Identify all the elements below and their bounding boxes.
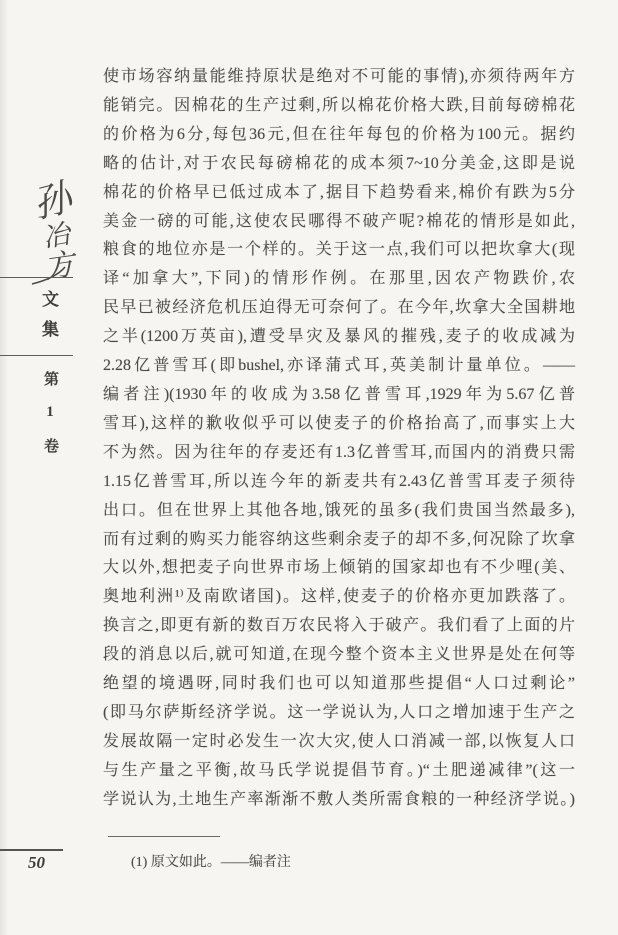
book-page: 孙 冶 方 文集 第1卷 使市场容纳量能维持原状是绝对不可能的事情),亦须待两年… (0, 0, 618, 935)
text-line: 棉花的价格早已低过成本了,据目下趋势看来,棉价有跌为5分 (103, 179, 575, 208)
sidebar-divider-top (0, 277, 73, 278)
text-line: 发展故隔一定时必发生一次大灾,使人口消减一部,以恢复人口 (103, 728, 575, 757)
text-line: 奥地利洲¹⁾及南欧诸国)。这样,使麦子的价格亦更加跌落了。 (103, 583, 575, 612)
text-line: 大以外,想把麦子向世界市场上倾销的国家却也有不少哩(美、 (103, 554, 575, 583)
text-line: 粮食的地位亦是一个样的。关于这一点,我们可以把坎拿大(现 (103, 236, 575, 265)
text-line: 雪耳),这样的歉收似乎可以使麦子的价格抬高了,而事实上大 (103, 410, 575, 439)
text-line: 略的估计,对于农民每磅棉花的成本须7~10分美金,这即是说 (103, 150, 575, 179)
text-line: 美金一磅的可能,这使农民哪得不破产呢?棉花的情形是如此, (103, 208, 575, 237)
page-number: 50 (28, 853, 45, 873)
text-line: 绝望的境遇呀,同时我们也可以知道那些提倡“人口过剩论” (103, 670, 575, 699)
page-edge-shadow (0, 0, 8, 935)
text-line: 而有过剩的购买力能容纳这些剩余麦子的却不多,何况除了坎拿 (103, 526, 575, 555)
footnote-text: (1) 原文如此。——编者注 (131, 851, 291, 871)
text-line: 2.28亿普雪耳(即bushel,亦译蒲式耳,英美制计量单位。—— (103, 352, 575, 381)
text-line: 段的消息以后,就可知道,在现今整个资本主义世界是处在何等 (103, 641, 575, 670)
text-line: 出口。但在世界上其他各地,饿死的虽多(我们贵国当然最多), (103, 497, 575, 526)
text-line: 能销完。因棉花的生产过剩,所以棉花价格大跌,目前每磅棉花 (103, 92, 575, 121)
signature-char-sun: 孙 (29, 176, 80, 227)
sidebar-divider-bottom (0, 355, 73, 356)
volume-label-vertical: 第1卷 (40, 371, 61, 471)
text-line: 民早已被经济危机压迫得无可奈何了。在今年,坎拿大全国耕地 (103, 294, 575, 323)
text-line: 1.15亿普雪耳,所以连今年的新麦共有2.43亿普雪耳麦子须待 (103, 468, 575, 497)
text-line: 译“加拿大”,下同)的情形作例。在那里,因农产物跌价,农 (103, 265, 575, 294)
page-number-rule (0, 849, 63, 851)
footnote-separator (108, 836, 220, 837)
author-signature-calligraphy: 孙 冶 方 (18, 166, 86, 292)
text-line: 与生产量之平衡,故马氏学说提倡节育。)“土肥递减律”(这一 (103, 757, 575, 786)
text-line: 学说认为,土地生产率渐渐不敷人类所需食粮的一种经济学说。) (103, 786, 575, 815)
body-text: 使市场容纳量能维持原状是绝对不可能的事情),亦须待两年方能销完。因棉花的生产过剩… (103, 63, 575, 815)
text-line: 之半(1200万英亩),遭受旱灾及暴风的摧残,麦子的收成减为 (103, 323, 575, 352)
text-line: 换言之,即更有新的数百万农民将入于破产。我们看了上面的片 (103, 612, 575, 641)
text-line: (即马尔萨斯经济学说。这一学说认为,人口之增加速于生产之 (103, 699, 575, 728)
text-line: 的价格为6分,每包36元,但在往年每包的价格为100元。据约 (103, 121, 575, 150)
text-line: 不为然。因为往年的存麦还有1.3亿普雪耳,而国内的消费只需 (103, 439, 575, 468)
collection-title-vertical: 文集 (36, 290, 61, 350)
text-line: 编者注)(1930年的收成为3.58亿普雪耳,1929年为5.67亿普 (103, 381, 575, 410)
text-line: 使市场容纳量能维持原状是绝对不可能的事情),亦须待两年方 (103, 63, 575, 92)
